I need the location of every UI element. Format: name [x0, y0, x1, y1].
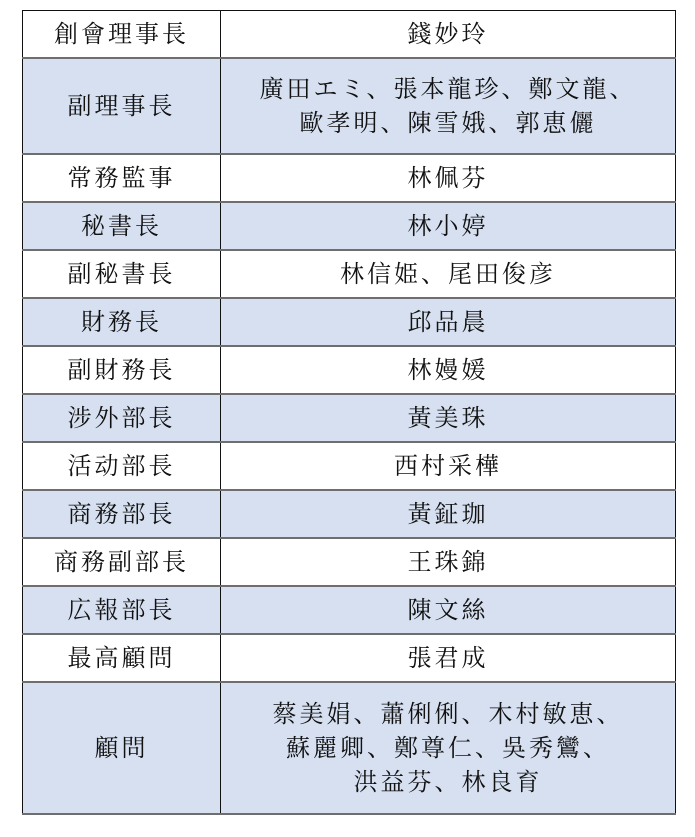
- position-title: 副財務長: [23, 346, 221, 394]
- roster-row-treasurer: 財務長 邱品晨: [23, 298, 676, 346]
- name-line: 錢妙玲: [221, 17, 675, 51]
- position-title: 広報部長: [23, 586, 221, 634]
- roster-row-advisors: 顧問 蔡美娟、蕭俐俐、木村敏恵、 蘇麗卿、鄭尊仁、吳秀鸞、 洪益芬、林良育: [23, 682, 676, 814]
- name-line: 西村采樺: [221, 449, 675, 483]
- roster-row-deputy-business: 商務副部長 王珠錦: [23, 538, 676, 586]
- member-names: 張君成: [221, 634, 676, 682]
- position-title: 顧問: [23, 682, 221, 814]
- member-names: 黃美珠: [221, 394, 676, 442]
- roster-row-events: 活动部長 西村采樺: [23, 442, 676, 490]
- roster-row-vice-chair: 副理事長 廣田エミ、張本龍珍、鄭文龍、 歐孝明、陳雪娥、郭恵儷: [23, 58, 676, 154]
- name-line: 林信姫、尾田俊彦: [221, 257, 675, 291]
- position-title: 秘書長: [23, 202, 221, 250]
- roster-row-public-relations: 広報部長 陳文絲: [23, 586, 676, 634]
- name-line: 洪益芬、林良育: [221, 765, 675, 799]
- position-title: 商務部長: [23, 490, 221, 538]
- name-line: 廣田エミ、張本龍珍、鄭文龍、: [221, 72, 675, 106]
- name-line: 林佩芬: [221, 161, 675, 195]
- name-line: 王珠錦: [221, 545, 675, 579]
- roster-row-deputy-treasurer: 副財務長 林嫚媛: [23, 346, 676, 394]
- roster-row-deputy-secretary-general: 副秘書長 林信姫、尾田俊彦: [23, 250, 676, 298]
- name-line: 蔡美娟、蕭俐俐、木村敏恵、: [221, 697, 675, 731]
- name-line: 林小婷: [221, 209, 675, 243]
- position-title: 創會理事長: [23, 11, 221, 59]
- member-names: 邱品晨: [221, 298, 676, 346]
- position-title: 副理事長: [23, 58, 221, 154]
- member-names: 林小婷: [221, 202, 676, 250]
- member-names: 黃鉦珈: [221, 490, 676, 538]
- roster-row-standing-supervisor: 常務監事 林佩芬: [23, 154, 676, 202]
- member-names: 西村采樺: [221, 442, 676, 490]
- member-names: 林佩芬: [221, 154, 676, 202]
- position-title: 副秘書長: [23, 250, 221, 298]
- position-title: 財務長: [23, 298, 221, 346]
- position-title: 涉外部長: [23, 394, 221, 442]
- roster-row-founding-chair: 創會理事長 錢妙玲: [23, 11, 676, 59]
- name-line: 林嫚媛: [221, 353, 675, 387]
- position-title: 常務監事: [23, 154, 221, 202]
- member-names: 廣田エミ、張本龍珍、鄭文龍、 歐孝明、陳雪娥、郭恵儷: [221, 58, 676, 154]
- name-line: 張君成: [221, 641, 675, 675]
- position-title: 商務副部長: [23, 538, 221, 586]
- name-line: 歐孝明、陳雪娥、郭恵儷: [221, 106, 675, 140]
- member-names: 林嫚媛: [221, 346, 676, 394]
- officer-roster-table: 創會理事長 錢妙玲 副理事長 廣田エミ、張本龍珍、鄭文龍、 歐孝明、陳雪娥、郭恵…: [22, 10, 676, 815]
- position-title: 最高顧問: [23, 634, 221, 682]
- name-line: 黃美珠: [221, 401, 675, 435]
- member-names: 林信姫、尾田俊彦: [221, 250, 676, 298]
- roster-row-business: 商務部長 黃鉦珈: [23, 490, 676, 538]
- roster-row-external-affairs: 涉外部長 黃美珠: [23, 394, 676, 442]
- member-names: 王珠錦: [221, 538, 676, 586]
- member-names: 錢妙玲: [221, 11, 676, 59]
- roster-row-secretary-general: 秘書長 林小婷: [23, 202, 676, 250]
- name-line: 黃鉦珈: [221, 497, 675, 531]
- name-line: 陳文絲: [221, 593, 675, 627]
- roster-row-chief-advisor: 最高顧問 張君成: [23, 634, 676, 682]
- member-names: 陳文絲: [221, 586, 676, 634]
- name-line: 蘇麗卿、鄭尊仁、吳秀鸞、: [221, 731, 675, 765]
- name-line: 邱品晨: [221, 305, 675, 339]
- member-names: 蔡美娟、蕭俐俐、木村敏恵、 蘇麗卿、鄭尊仁、吳秀鸞、 洪益芬、林良育: [221, 682, 676, 814]
- position-title: 活动部長: [23, 442, 221, 490]
